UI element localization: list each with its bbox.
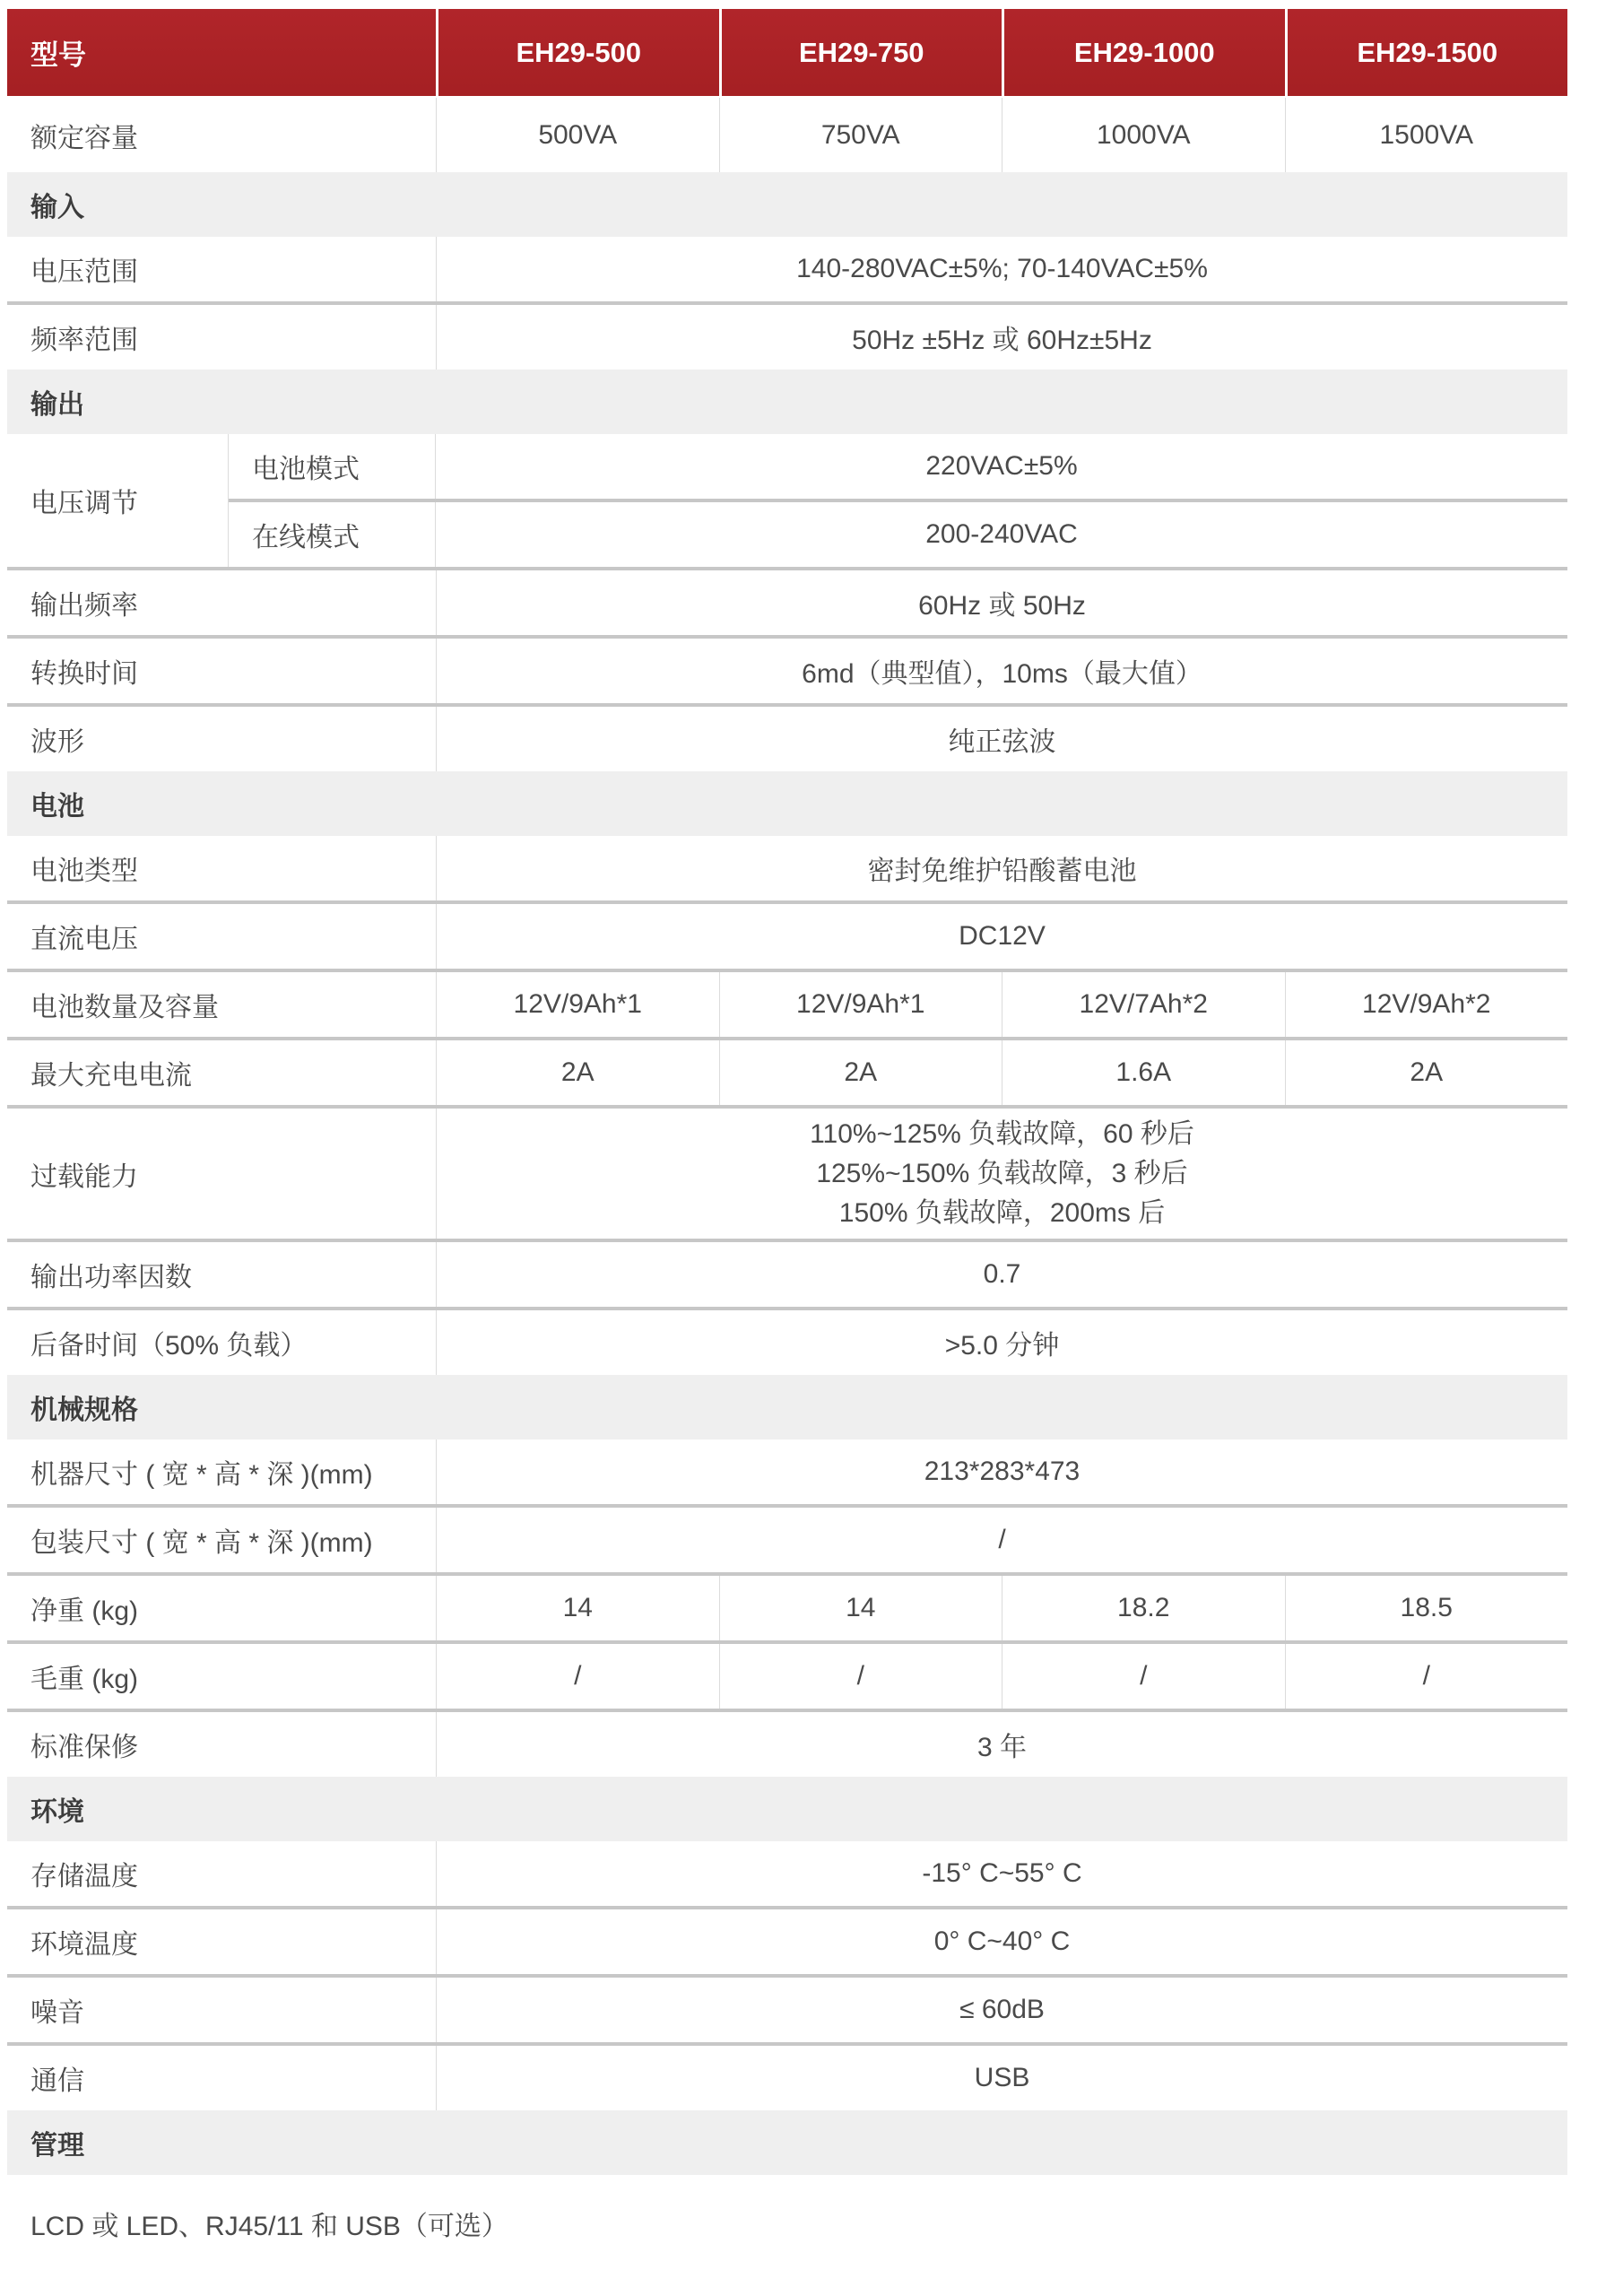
row-value: 12V/9Ah*1 (436, 972, 719, 1037)
section-rows-battery: 电池类型 密封免维护铅酸蓄电池 直流电压 DC12V 电池数量及容量 12V/9… (7, 836, 1567, 1375)
spec-row: 后备时间（50% 负载） >5.0 分钟 (7, 1307, 1567, 1375)
spec-row: 电池数量及容量 12V/9Ah*1 12V/9Ah*1 12V/7Ah*2 12… (7, 969, 1567, 1037)
row-label: 包装尺寸 ( 宽 * 高 * 深 )(mm) (7, 1508, 436, 1572)
row-label: 机器尺寸 ( 宽 * 高 * 深 )(mm) (7, 1439, 436, 1504)
spec-row: 直流电压 DC12V (7, 900, 1567, 969)
row-value: / (436, 1644, 719, 1709)
row-label: 电压范围 (7, 237, 436, 301)
row-value: / (719, 1644, 1002, 1709)
row-label: 过载能力 (7, 1109, 436, 1239)
row-value: 1.6A (1002, 1040, 1285, 1105)
row-label: 标准保修 (7, 1712, 436, 1777)
row-label: 波形 (7, 707, 436, 771)
row-value: 14 (436, 1576, 719, 1640)
row-label: 输出功率因数 (7, 1242, 436, 1307)
spec-row: 输出功率因数 0.7 (7, 1239, 1567, 1307)
row-value: 12V/9Ah*1 (719, 972, 1002, 1037)
model-header-row: 型号 EH29-500 EH29-750 EH29-1000 EH29-1500 (7, 9, 1567, 96)
model-header-cell: EH29-1000 (1004, 9, 1285, 96)
row-value: 2A (719, 1040, 1002, 1105)
voltage-regulation-group: 电压调节 电池模式 220VAC±5% 在线模式 200-240VAC (7, 434, 1567, 567)
capacity-row: 额定容量 500VA 750VA 1000VA 1500VA (7, 98, 1567, 172)
section-band-output: 输出 (7, 370, 1567, 434)
section-band-input: 输入 (7, 172, 1567, 237)
model-header-label: 型号 (7, 9, 436, 96)
subrow-label: 在线模式 (229, 502, 435, 567)
row-value: 1000VA (1002, 98, 1285, 172)
row-label: 存储温度 (7, 1841, 436, 1906)
row-value: 50Hz ±5Hz 或 60Hz±5Hz (436, 305, 1567, 370)
row-value: 110%~125% 负载故障，60 秒后 125%~150% 负载故障，3 秒后… (436, 1109, 1567, 1239)
row-value: 750VA (719, 98, 1002, 172)
section-rows-environment: 存储温度 -15° C~55° C 环境温度 0° C~40° C 噪音 ≤ 6… (7, 1841, 1567, 2110)
section-band-mechanical: 机械规格 (7, 1375, 1567, 1439)
subrow-label: 电池模式 (229, 434, 435, 499)
row-label: 最大充电电流 (7, 1040, 436, 1105)
spec-table: 型号 EH29-500 EH29-750 EH29-1000 EH29-1500… (0, 0, 1567, 2243)
spec-row: 通信 USB (7, 2042, 1567, 2110)
row-label: 输出频率 (7, 570, 436, 635)
spec-row: 包装尺寸 ( 宽 * 高 * 深 )(mm) / (7, 1504, 1567, 1572)
spec-row: 电压范围 140-280VAC±5%; 70-140VAC±5% (7, 237, 1567, 301)
row-label: 净重 (kg) (7, 1576, 436, 1640)
row-label: 毛重 (kg) (7, 1644, 436, 1709)
row-value: 1500VA (1285, 98, 1568, 172)
spec-row: 噪音 ≤ 60dB (7, 1974, 1567, 2042)
spec-row: 电池类型 密封免维护铅酸蓄电池 (7, 836, 1567, 900)
section-band-battery: 电池 (7, 771, 1567, 836)
row-value: 213*283*473 (436, 1439, 1567, 1504)
spec-row: 毛重 (kg) / / / / (7, 1640, 1567, 1709)
management-note: LCD 或 LED、RJ45/11 和 USB（可选） (7, 2175, 1567, 2243)
row-value: 18.2 (1002, 1576, 1285, 1640)
spec-row: 过载能力 110%~125% 负载故障，60 秒后 125%~150% 负载故障… (7, 1105, 1567, 1239)
spec-row: 环境温度 0° C~40° C (7, 1906, 1567, 1974)
row-label: 电池类型 (7, 836, 436, 900)
spec-row: 最大充电电流 2A 2A 1.6A 2A (7, 1037, 1567, 1105)
row-value: / (436, 1508, 1567, 1572)
row-value: -15° C~55° C (436, 1841, 1567, 1906)
row-value: 纯正弦波 (436, 707, 1567, 771)
section-band-management: 管理 (7, 2110, 1567, 2175)
row-label: 频率范围 (7, 305, 436, 370)
row-value: 6md（典型值），10ms（最大值） (436, 639, 1567, 703)
row-label: 转换时间 (7, 639, 436, 703)
section-band-environment: 环境 (7, 1777, 1567, 1841)
row-value: 2A (436, 1040, 719, 1105)
row-value: 12V/7Ah*2 (1002, 972, 1285, 1037)
spec-row: 机器尺寸 ( 宽 * 高 * 深 )(mm) 213*283*473 (7, 1439, 1567, 1504)
row-label: 额定容量 (7, 98, 436, 172)
subrow-value: 220VAC±5% (435, 434, 1567, 499)
spec-row: 存储温度 -15° C~55° C (7, 1841, 1567, 1906)
model-header-cell: EH29-1500 (1288, 9, 1568, 96)
row-value: 3 年 (436, 1712, 1567, 1777)
row-label: 噪音 (7, 1978, 436, 2042)
row-label: 环境温度 (7, 1909, 436, 1974)
spec-row: 波形 纯正弦波 (7, 703, 1567, 771)
section-rows-output: 电压调节 电池模式 220VAC±5% 在线模式 200-240VAC 输出频率… (7, 434, 1567, 771)
row-value: 500VA (436, 98, 719, 172)
row-value: ≤ 60dB (436, 1978, 1567, 2042)
row-value: 60Hz 或 50Hz (436, 570, 1567, 635)
row-value: 140-280VAC±5%; 70-140VAC±5% (436, 237, 1567, 301)
model-header-cell: EH29-750 (722, 9, 1002, 96)
row-value: 2A (1285, 1040, 1568, 1105)
row-value: / (1285, 1644, 1568, 1709)
row-value: 18.5 (1285, 1576, 1568, 1640)
voltage-regulation-subrows: 电池模式 220VAC±5% 在线模式 200-240VAC (228, 434, 1567, 567)
spec-subrow: 在线模式 200-240VAC (229, 499, 1567, 567)
row-value: 密封免维护铅酸蓄电池 (436, 836, 1567, 900)
row-value: 0° C~40° C (436, 1909, 1567, 1974)
spec-row: 转换时间 6md（典型值），10ms（最大值） (7, 635, 1567, 703)
row-label: 电池数量及容量 (7, 972, 436, 1037)
row-value: DC12V (436, 904, 1567, 969)
row-value: / (1002, 1644, 1285, 1709)
row-label: 电压调节 (7, 434, 228, 567)
spec-row: 输出频率 60Hz 或 50Hz (7, 567, 1567, 635)
spec-row: 频率范围 50Hz ±5Hz 或 60Hz±5Hz (7, 301, 1567, 370)
row-label: 直流电压 (7, 904, 436, 969)
spec-row: 净重 (kg) 14 14 18.2 18.5 (7, 1572, 1567, 1640)
model-header-cell: EH29-500 (438, 9, 719, 96)
row-label: 通信 (7, 2046, 436, 2110)
section-rows-mechanical: 机器尺寸 ( 宽 * 高 * 深 )(mm) 213*283*473 包装尺寸 … (7, 1439, 1567, 1777)
spec-subrow: 电池模式 220VAC±5% (229, 434, 1567, 499)
row-value: USB (436, 2046, 1567, 2110)
spec-row: 标准保修 3 年 (7, 1709, 1567, 1777)
row-label: 后备时间（50% 负载） (7, 1310, 436, 1375)
row-value: 12V/9Ah*2 (1285, 972, 1568, 1037)
subrow-value: 200-240VAC (435, 502, 1567, 567)
row-value: 0.7 (436, 1242, 1567, 1307)
row-value: >5.0 分钟 (436, 1310, 1567, 1375)
section-rows-input: 电压范围 140-280VAC±5%; 70-140VAC±5% 频率范围 50… (7, 237, 1567, 370)
row-value: 14 (719, 1576, 1002, 1640)
